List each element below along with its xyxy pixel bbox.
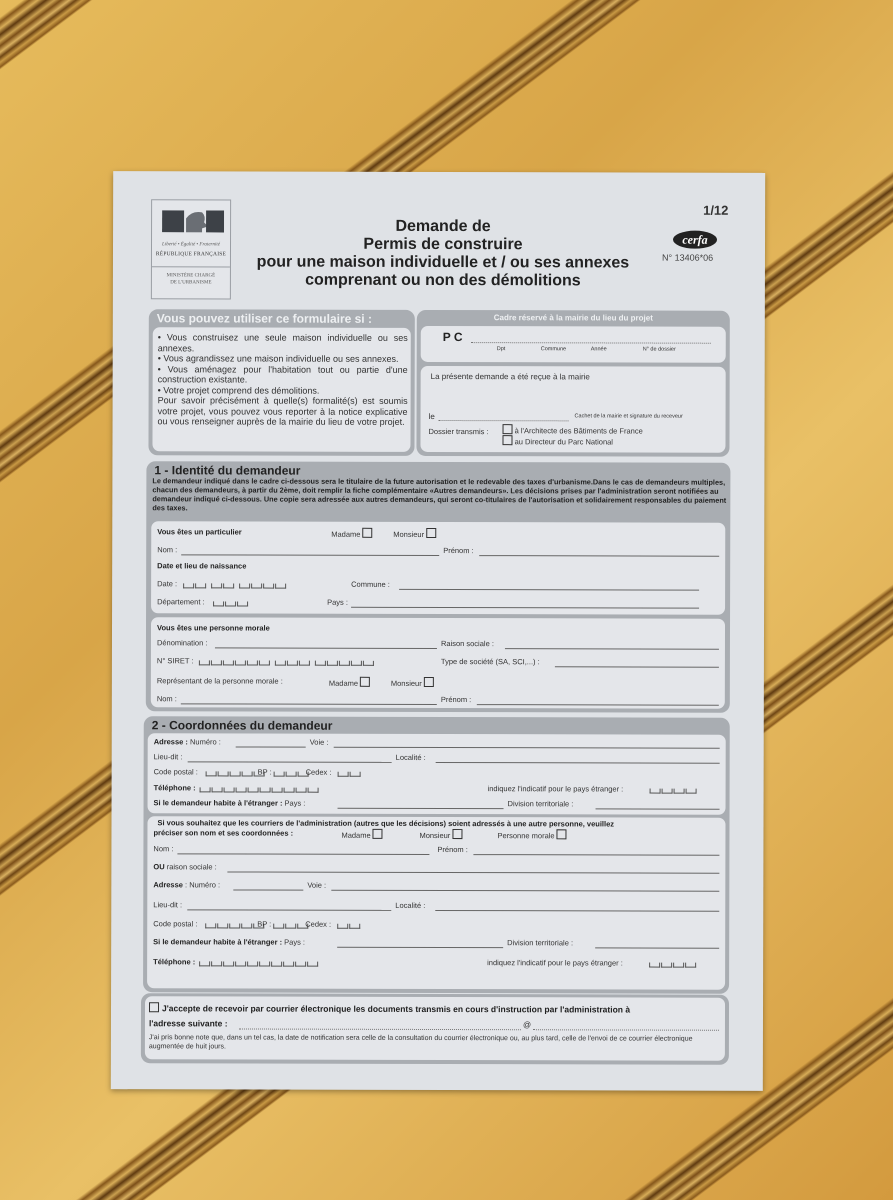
localite-label: Localité : [396,753,426,762]
madame-label: Madame [331,530,360,539]
autre-telephone-label: Téléphone : [153,957,195,966]
email-address-label: l'adresse suivante : [149,1018,228,1028]
logo-divider [152,266,230,267]
autre-localite-field[interactable] [435,910,719,912]
abf-checkbox[interactable] [503,424,513,434]
email-domain-field[interactable] [533,1029,719,1030]
usage-note: Pour savoir précisément à quelle(s) form… [158,395,408,427]
pc-label: P C [443,332,463,343]
pays-label: Pays : [327,598,348,607]
monsieur-label: Monsieur [393,530,424,539]
autre-prenom-label: Prénom : [437,845,467,854]
autre-localite-label: Localité : [395,901,425,910]
cerfa-number: N° 13406*06 [662,253,713,263]
email-note: J'ai pris bonne note que, dans un tel ca… [149,1033,721,1052]
ou-label: OU [153,862,164,871]
form-title: Demande de Permis de construire pour une… [233,217,653,290]
ministry-line-2: DE L'URBANISME [154,279,228,286]
title-line: Demande de [233,217,653,236]
pays-label: Pays : [285,799,306,808]
monsieur-checkbox[interactable] [452,829,462,839]
representant-nom-label: Nom : [157,694,177,703]
madame-checkbox[interactable] [362,528,372,538]
etranger-label: Si le demandeur habite à l'étranger : [154,798,283,807]
usage-bullet: • Vous construisez une seule maison indi… [158,332,408,354]
nom-label: Nom : [157,545,177,554]
monsieur-label: Monsieur [391,679,422,688]
commune-field[interactable] [399,589,699,591]
denomination-label: Dénomination : [157,638,207,647]
personne-morale-panel: Vous êtes une personne morale Dénominati… [151,617,725,709]
email-accept-checkbox[interactable] [149,1002,159,1012]
type-societe-field[interactable] [555,666,719,667]
section-2-title: 2 - Coordonnées du demandeur [152,718,333,732]
transmit-abf-option[interactable]: à l'Architecte des Bâtiments de France [501,424,643,435]
nom-field[interactable] [181,554,439,556]
pc-number-field[interactable] [471,342,711,344]
adresse-label: Adresse : [154,737,188,746]
indicatif-field[interactable] [650,789,698,795]
autre-cedex-field[interactable] [337,924,361,930]
autre-lieu-dit-label: Lieu-dit : [153,900,182,909]
autre-lieu-dit-field[interactable] [187,909,391,911]
abf-label: à l'Architecte des Bâtiments de France [515,426,643,435]
page-number: 1/12 [703,203,728,218]
morale-madame-option[interactable]: Madame [329,677,370,688]
received-text: La présente demande a été reçue à la mai… [431,372,590,381]
autre-voie-label: Voie : [307,881,326,890]
parc-checkbox[interactable] [502,435,512,445]
mairie-box-title: Cadre réservé à la mairie du lieu du pro… [417,313,730,323]
reception-area: La présente demande a été reçue à la mai… [420,366,725,453]
transmitted-label: Dossier transmis : [429,427,489,436]
autre-bp-field[interactable] [273,924,309,930]
lieu-dit-label: Lieu-dit : [154,752,183,761]
prenom-field[interactable] [479,555,719,557]
denomination-field[interactable] [215,647,437,649]
morale-monsieur-option[interactable]: Monsieur [391,677,434,688]
raison-sociale-field[interactable] [505,648,719,650]
representant-nom-field[interactable] [181,703,437,705]
autre-etranger-pays-field[interactable] [337,947,503,948]
numero-field[interactable] [236,746,306,747]
type-societe-label: Type de société (SA, SCI,...) : [441,657,540,666]
division-field[interactable] [596,808,720,809]
section-2-coordonnees: 2 - Coordonnées du demandeur Adresse : N… [143,716,730,994]
localite-field[interactable] [436,762,720,764]
commune-label: Commune : [351,580,390,589]
autre-voie-field[interactable] [331,890,719,892]
monsieur-option[interactable]: Monsieur [393,528,436,539]
particulier-panel: Vous êtes un particulier Madame Monsieur… [151,521,725,615]
autre-adresse-label: Adresse [153,880,183,889]
morale-title: Vous êtes une personne morale [157,623,270,632]
email-local-field[interactable] [239,1028,521,1030]
usage-box-content: • Vous construisez une seule maison indi… [152,327,410,452]
section-1-description: Le demandeur indiqué dans le cadre ci-de… [152,476,726,514]
madame-label: Madame [341,831,370,840]
birth-date-field[interactable] [183,583,287,589]
cerfa-form-page: Liberté • Égalité • Fraternité RÉPUBLIQU… [111,171,765,1091]
at-sign: @ [523,1020,531,1029]
representant-prenom-label: Prénom : [441,695,471,704]
telephone-field[interactable] [200,787,320,793]
reception-date-field[interactable] [439,420,569,421]
logo-motto: Liberté • Égalité • Fraternité [154,242,228,247]
cerfa-logo: cerfa [673,231,717,249]
le-label: le [429,412,435,421]
siret-label: N° SIRET : [157,656,194,665]
date-label: Date : [157,579,177,588]
pc-dossier-label: N° de dossier [643,347,676,353]
usage-bullet: • Votre projet comprend des démolitions. [158,385,408,396]
autre-telephone-field[interactable] [199,961,319,967]
prenom-label: Prénom : [443,546,473,555]
autre-code-postal-label: Code postal : [153,919,197,928]
code-postal-label: Code postal : [154,767,198,776]
email-consent-box: J'accepte de recevoir par courrier élect… [141,993,729,1065]
usage-bullet: • Vous agrandissez une maison individuel… [158,353,408,364]
raison-label: raison sociale : [167,862,217,871]
title-line: pour une maison individuelle et / ou ses… [233,253,653,272]
usage-box-title: Vous pouvez utiliser ce formulaire si : [157,311,372,326]
etranger-pays-field[interactable] [338,808,504,809]
stamp-label: Cachet de la mairie et signature du rece… [575,413,683,419]
voie-label: Voie : [310,738,329,747]
autre-numero-field[interactable] [233,889,303,890]
lieu-dit-field[interactable] [188,761,392,763]
departement-label: Département : [157,597,205,606]
autre-pays-label: Pays : [284,938,305,947]
cedex-label: Cedex : [306,768,332,777]
autre-division-label: Division territoriale : [507,938,573,947]
autre-morale-option[interactable]: Personne morale [497,829,566,840]
logo-republic: RÉPUBLIQUE FRANÇAISE [154,251,228,257]
representant-prenom-field[interactable] [477,704,719,706]
madame-option[interactable]: Madame [331,528,372,539]
coordonnees-panel: Adresse : Numéro : Voie : Lieu-dit : Loc… [148,733,726,815]
title-line: Permis de construire [233,235,653,254]
voie-field[interactable] [334,747,720,749]
cedex-field[interactable] [338,772,362,778]
departement-field[interactable] [213,601,249,607]
autre-code-postal-field[interactable] [205,923,265,929]
personne-morale-checkbox[interactable] [557,829,567,839]
section-1-identite: 1 - Identité du demandeur Le demandeur i… [146,461,731,713]
autre-destinataire-panel: Si vous souhaitez que les courriers de l… [147,816,725,990]
email-accept-text: J'accepte de recevoir par courrier élect… [162,1003,630,1014]
email-accept-option[interactable]: J'accepte de recevoir par courrier élect… [149,1002,630,1014]
marianne-icon [162,210,224,232]
autre-intro-2: préciser son nom et ses coordonnées : [153,828,293,837]
division-label: Division territoriale : [508,799,574,808]
particulier-title: Vous êtes un particulier [157,527,241,536]
usage-list: • Vous construisez une seule maison indi… [158,332,408,427]
autre-numero-label: : Numéro : [185,880,220,889]
transmit-parc-option[interactable]: au Directeur du Parc National [500,435,613,446]
republique-francaise-logo: Liberté • Égalité • Fraternité RÉPUBLIQU… [151,199,231,299]
autre-nom-label: Nom : [153,844,173,853]
numero-label: Numéro : [190,737,221,746]
autre-madame-option[interactable]: Madame [341,829,382,840]
pc-dpt-label: Dpt [497,346,506,352]
autre-raison-field[interactable] [227,871,719,873]
madame-checkbox[interactable] [360,677,370,687]
parc-label: au Directeur du Parc National [515,437,613,446]
bp-label: BP : [258,768,272,777]
mairie-reserved-box: Cadre réservé à la mairie du lieu du pro… [416,310,729,457]
bp-field[interactable] [274,772,310,778]
logo-ministry: MINISTÈRE CHARGÉ DE L'URBANISME [154,272,228,286]
pc-number-area: P C Dpt Commune Année N° de dossier [421,326,726,363]
indicatif-label: indiquez l'indicatif pour le pays étrang… [488,784,624,793]
autre-division-field[interactable] [595,947,719,948]
autre-etranger-label: Si le demandeur habite à l'étranger : [153,937,282,946]
monsieur-label: Monsieur [419,831,450,840]
monsieur-checkbox[interactable] [424,677,434,687]
autre-indicatif-field[interactable] [649,963,697,969]
telephone-label: Téléphone : [154,783,196,792]
madame-label: Madame [329,679,358,688]
autre-prenom-field[interactable] [473,854,719,856]
birth-title: Date et lieu de naissance [157,561,246,570]
representant-label: Représentant de la personne morale : [157,676,283,685]
raison-sociale-label: Raison sociale : [441,639,494,648]
pc-annee-label: Année [591,346,607,352]
monsieur-checkbox[interactable] [426,528,436,538]
autre-indicatif-label: indiquez l'indicatif pour le pays étrang… [487,958,623,967]
title-line: comprenant ou non des démolitions [233,271,653,290]
autre-nom-field[interactable] [177,853,429,855]
autre-intro: Si vous souhaitez que les courriers de l… [157,818,614,828]
usage-box: Vous pouvez utiliser ce formulaire si : … [148,309,414,456]
pc-commune-label: Commune [541,346,566,352]
email-consent-panel: J'accepte de recevoir par courrier élect… [145,996,725,1061]
madame-checkbox[interactable] [373,829,383,839]
pays-field[interactable] [351,607,699,609]
siret-field[interactable] [199,660,375,666]
autre-cedex-label: Cedex : [305,920,331,929]
autre-monsieur-option[interactable]: Monsieur [419,829,462,840]
personne-morale-label: Personne morale [497,831,554,840]
usage-bullet: • Vous aménagez pour l'habitation tout o… [158,364,408,386]
autre-bp-label: BP : [257,920,271,929]
